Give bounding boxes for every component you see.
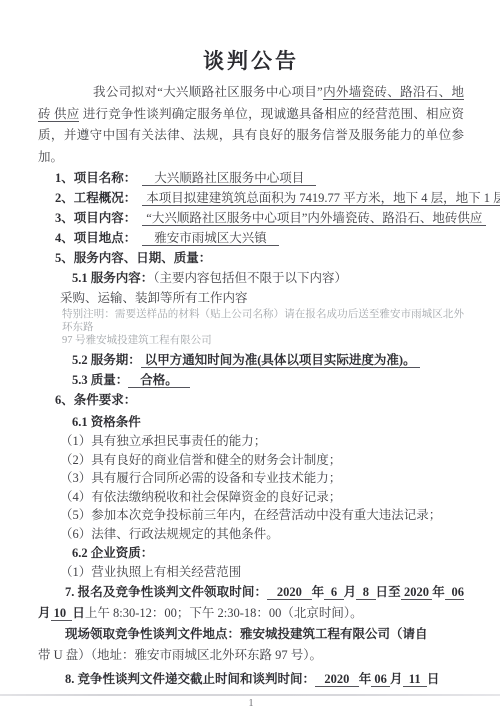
special-note-line2: 97 号雅安城投建筑工程有限公司 [62,334,464,347]
section5-3-value: 合格。 [128,373,190,388]
item-project-name-value: 大兴顺路社区服务中心项目 [142,171,316,186]
section8-label: 8. 竞争性谈判文件递交截止时间和谈判时间： [65,672,315,686]
item-project-location: 4、项目地点：雅安市雨城区大兴镇 [55,228,464,248]
section7-sep3: 日至 [376,585,401,599]
section5-1-line: 5.1 服务内容：（主要内容包括但不限于以下内容） [72,268,464,288]
section8-line: 8. 竞争性谈判文件递交截止时间和谈判时间： 2020 年 06 月 11 日 [38,669,464,690]
document-content: 谈判公告 我公司拟对“大兴顺路社区服务中心项目”内外墙瓷砖、路沿石、地砖 供应 … [0,0,500,707]
section6-heading: 6、条件要求： [55,390,464,410]
section7-year2: 2020 [401,585,433,600]
section5-3-line: 5.3 质量：合格。 [72,370,464,390]
item-project-overview: 2、工程概况：本项目拟建建筑筑总面积为 7419.77 平方米，地下 4 层，地… [55,188,464,208]
scan-edge-shadow [0,694,500,696]
section7-day2: 10 [51,606,73,621]
section6-1-heading: 6.1 资格条件 [72,412,464,432]
intro-paragraph: 我公司拟对“大兴顺路社区服务中心项目”内外墙瓷砖、路沿石、地砖 供应 进行竞争性… [38,82,464,168]
section7-time-text: 上午 8:30-12：00；下午 2:30-18：00（北京时间）。 [85,606,363,620]
section7-sep1: 年 [312,585,325,599]
intro-prefix: 我公司拟对“大兴顺路社区服务中心项目” [93,85,323,99]
qualification-item: （2）具有良好的商业信誉和健全的财务会计制度； [60,451,464,470]
section7-line: 7. 报名及竞争性谈判文件领取时间： 2020 年 6 月 8 日至 2020 … [38,582,464,624]
section8-sep2: 月 [390,672,403,686]
item-project-content: 3、项目内容：“大兴顺路社区服务中心项目”内外墙瓷砖、路沿石、地砖供应 [55,208,464,228]
item-project-overview-value: 本项目拟建建筑筑总面积为 7419.77 平方米，地下 4 层，地下 1 层。 [142,191,500,206]
section5-2-label: 5.2 服务期： [72,353,141,367]
section5-1-note: （主要内容包括但不限于以下内容） [153,271,347,285]
section8-day: 11 [403,672,427,687]
section7-month1: 6 [324,585,343,600]
section6-2-heading: 6.2 企业资质： [72,543,464,563]
section7-label: 7. 报名及竞争性谈判文件领取时间： [65,585,267,599]
qualification-item: （4）有依法缴纳税收和社会保障资金的良好记录； [60,488,464,507]
venue-line-bold: 现场领取竞争性谈判文件地点：雅安城投建筑工程有限公司（请自 [38,624,464,645]
section7-sep2: 月 [344,585,357,599]
qualification-item: （3）具有履行合同所必需的设备和专业技术能力； [60,469,464,488]
document-page: 谈判公告 我公司拟对“大兴顺路社区服务中心项目”内外墙瓷砖、路沿石、地砖 供应 … [0,0,500,707]
section8-month: 06 [371,672,390,687]
section7-year1: 2020 [267,585,312,600]
section5-1-label: 5.1 服务内容： [72,271,153,285]
section5-1-body: 采购、运输、装卸等所有工作内容 [60,288,464,308]
qualification-item: （5）参加本次竞争投标前三年内，在经营活动中没有重大违法记录； [60,506,464,525]
item-project-content-label: 3、项目内容： [55,211,136,225]
section5-2-value: 以甲方通知时间为准(具体以项目实际进度为准)。 [141,353,420,368]
item-project-content-value: “大兴顺路社区服务中心项目”内外墙瓷砖、路沿石、地砖供应 [142,211,486,226]
special-note-line1: 特别注明：需要送样品的材料（贴上公司名称）请在报名成功后送至雅安市雨城区北外环东… [62,308,464,334]
section5-heading: 5、服务内容、日期、质量： [55,248,464,268]
section7-sep5: 月 [38,606,51,620]
section5-2-line: 5.2 服务期：以甲方通知时间为准(具体以项目实际进度为准)。 [72,350,464,370]
section5-3-label: 5.3 质量： [72,373,128,387]
item-project-name-label: 1、项目名称： [55,171,136,185]
section7-month2: 06 [445,585,464,600]
section6-2-item: （1）营业执照上有相关经营范围 [60,563,464,582]
intro-suffix: 进行竞争性谈判确定服务单位，现诚邀具备相应的经营范围、相应资质，并遵守中国有关法… [38,107,464,164]
item-project-name: 1、项目名称：大兴顺路社区服务中心项目 [55,168,464,188]
section8-sep3: 日 [427,672,440,686]
section8-sep1: 年 [359,672,372,686]
qualification-item: （1）具有独立承担民事责任的能力； [60,432,464,451]
section7-sep6: 日 [72,606,85,620]
item-project-overview-label: 2、工程概况： [55,191,136,205]
venue-line-rest: 带 U 盘）（地址：雅安市雨城区北外环东路 97 号）。 [38,645,464,666]
item-project-location-label: 4、项目地点： [55,231,136,245]
section8-year: 2020 [315,672,359,687]
qualification-item: （6）法律、行政法规规定的其他条件。 [60,525,464,544]
page-title: 谈判公告 [38,46,464,76]
section7-sep4: 年 [432,585,445,599]
item-project-location-value: 雅安市雨城区大兴镇 [142,231,279,246]
section7-day1: 8 [356,585,375,600]
